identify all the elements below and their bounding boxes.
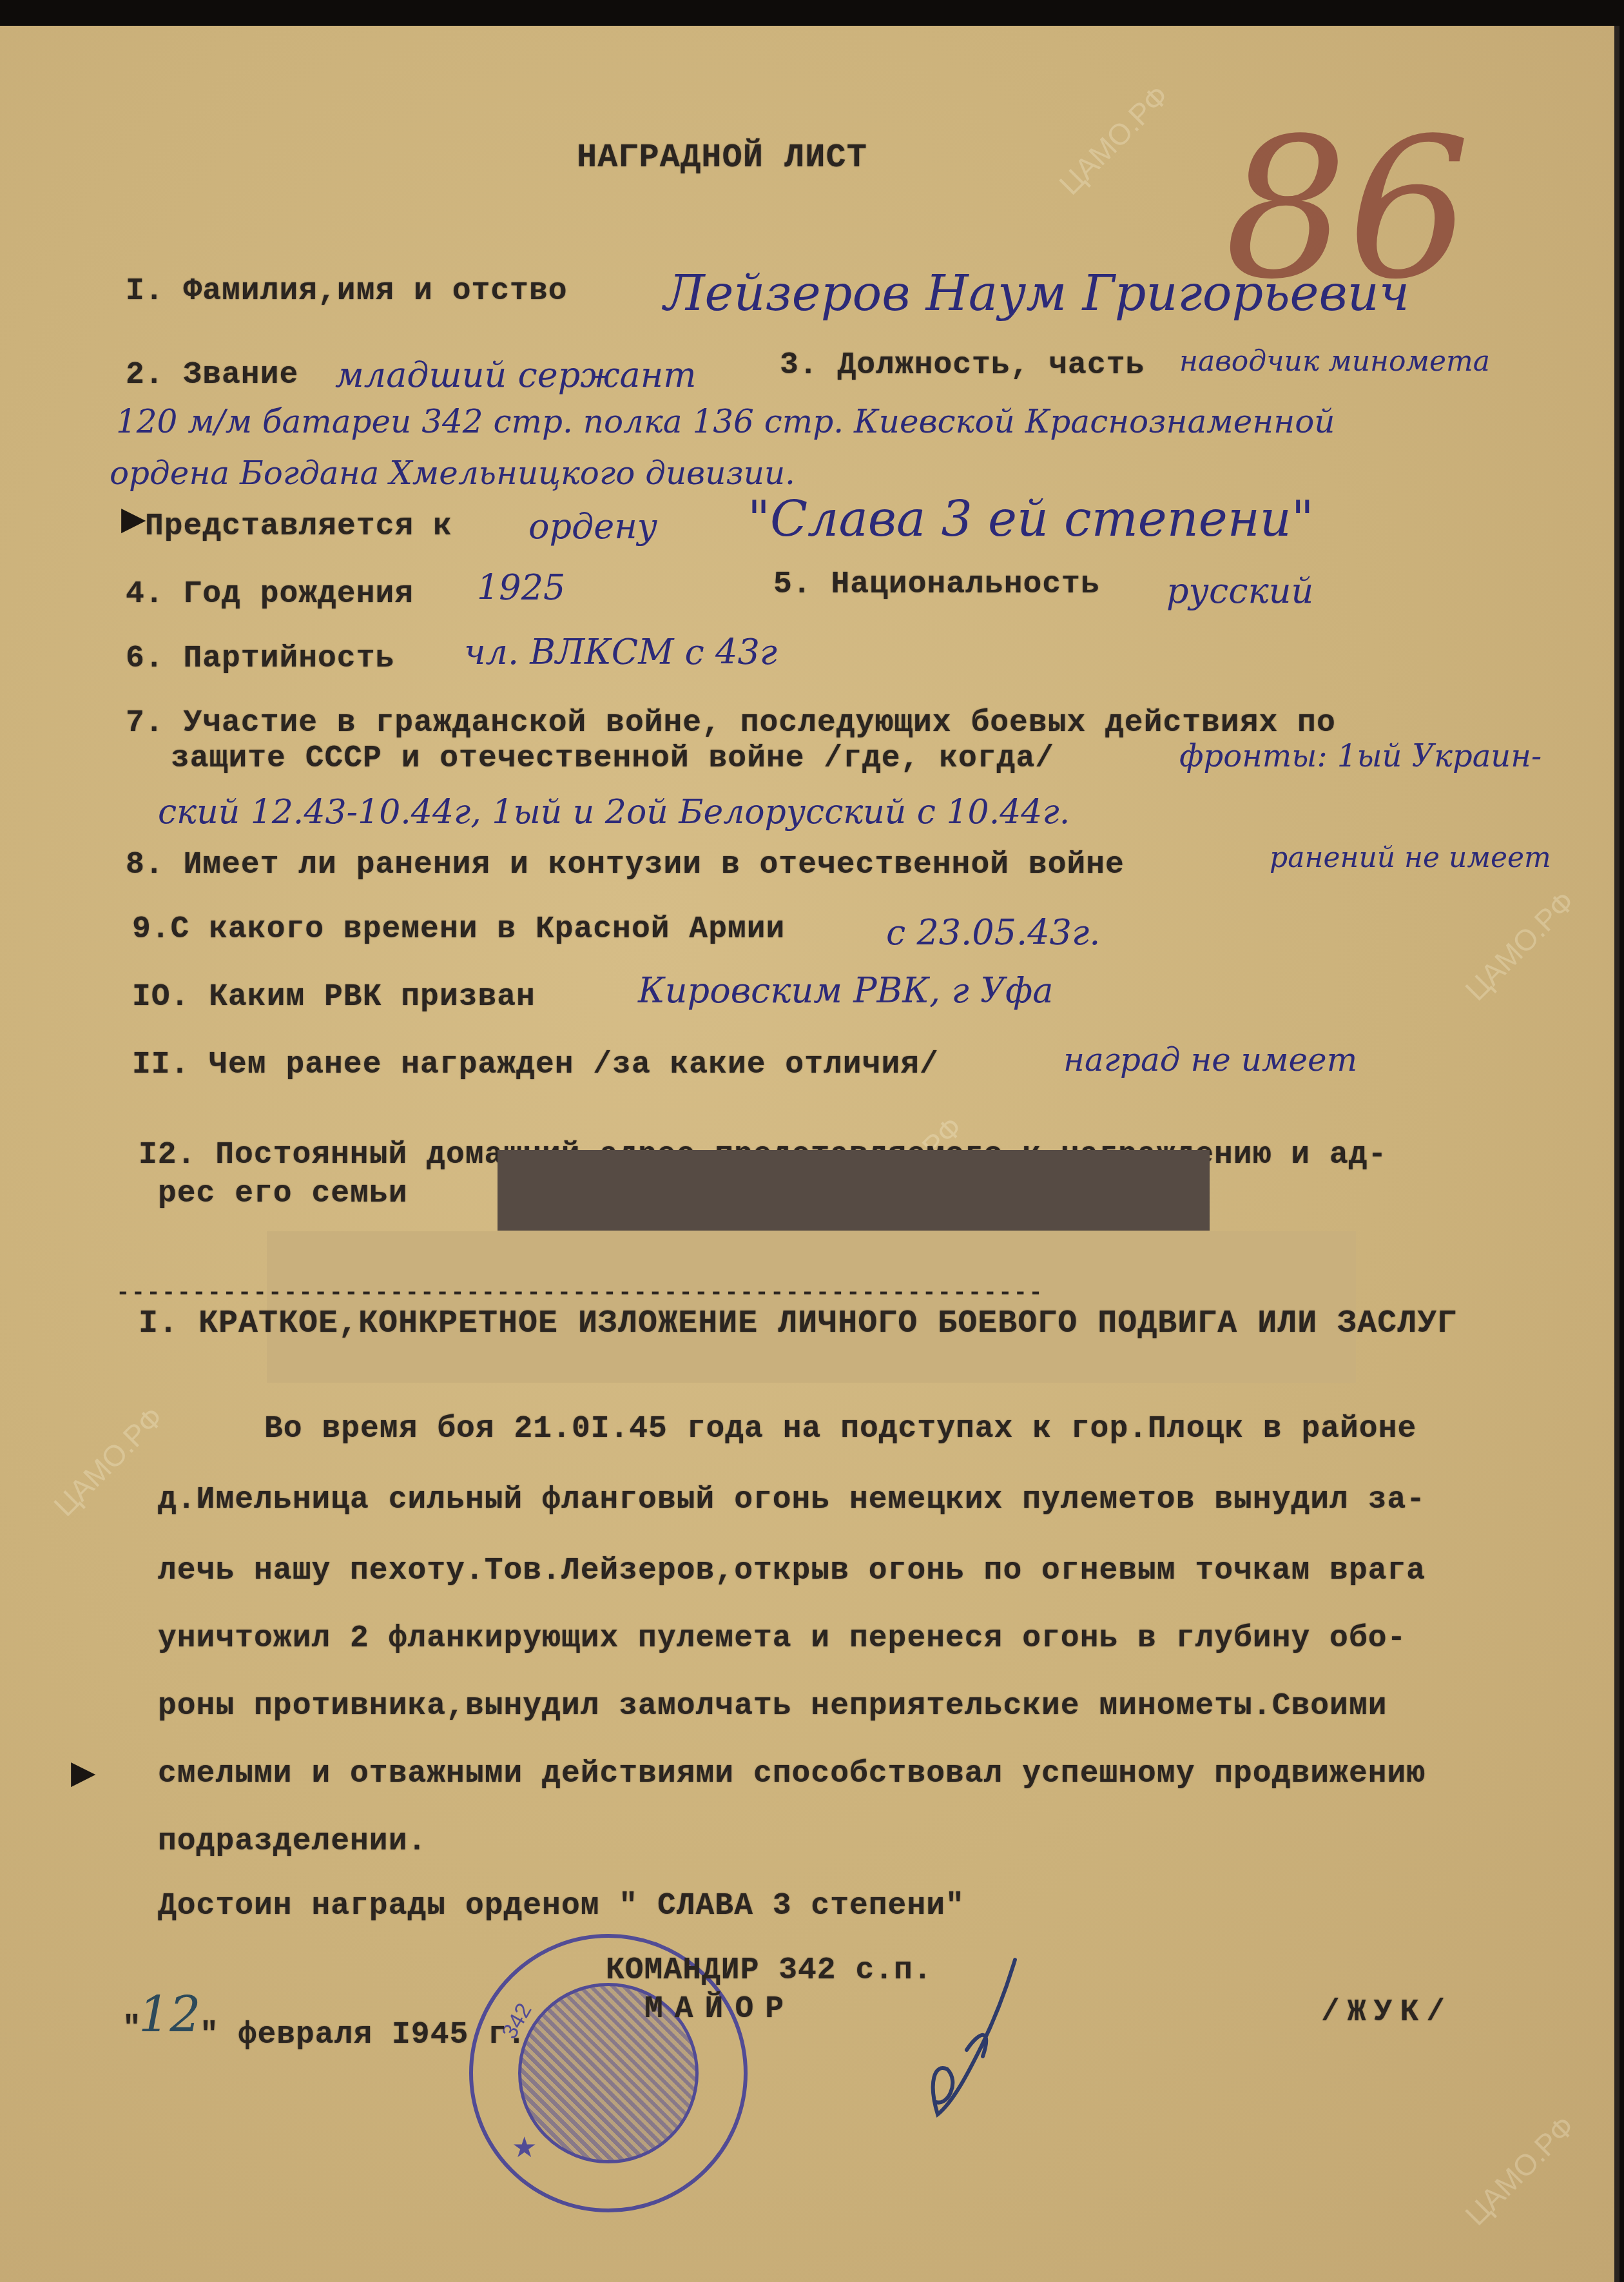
signer-name: /ЖУК/ [1321,1995,1453,2030]
field-wounds-value: ранений не имеет [1270,841,1551,874]
award-type: ордену [528,506,657,547]
field-birth-year-value: 1925 [477,567,565,608]
field-service-since-value: с 23.05.43г. [886,912,1100,953]
narrative-line: уничтожил 2 фланкирующих пулемета и пере… [158,1621,1406,1656]
watermark: ЦАМО.РФ [47,1399,170,1523]
narrative-line: Во время боя 21.0I.45 года на подступах … [264,1412,1416,1447]
field-draft-office-label: IO. Каким РВК призван [132,980,536,1015]
handwritten-signature [909,1953,1038,2121]
field-participation-label-2: защите СССР и отечественной войне /где, … [171,741,1054,776]
section-heading: I. КРАТКОЕ,КОНКРЕТНОЕ ИЗЛОЖЕНИЕ ЛИЧНОГО … [139,1305,1457,1342]
date-month-year: " февраля I945 г. [200,2018,527,2053]
star-icon: ★ [512,2131,537,2164]
award-label: Представляется к [145,509,452,544]
conclusion: Достоин награды орденом " СЛАВА 3 степен… [158,1889,965,1924]
field-rank-value: младший сержант [335,355,697,395]
watermark: ЦАМО.РФ [1458,884,1581,1007]
field-prior-awards-value: наград не имеет [1063,1041,1357,1078]
field-rank-label: 2. Звание [126,358,298,393]
signer-title: КОМАНДИР 342 с.п. [606,1953,933,1988]
narrative-line: роны противника,вынудил замолчать неприя… [158,1689,1387,1724]
field-party-value: чл. ВЛКСМ с 43г [464,632,777,672]
margin-arrow-icon: ▶ [121,500,146,537]
award-name: "Слава 3 ей степени" [748,490,1314,547]
field-name-value: Лейзеров Наум Григорьевич [664,264,1409,322]
field-birth-year-label: 4. Год рождения [126,577,414,612]
field-address-label-2: рес его семьи [158,1176,407,1211]
watermark: ЦАМО.РФ [1458,2109,1581,2232]
document-title: НАГРАДНОЙ ЛИСТ [577,139,867,177]
award-sheet-page: ЦАМО.РФ ЦАМО.РФ ЦАМО.РФ ЦАМО.РФ ЦАМО.РФ … [0,26,1619,2282]
field-draft-office-value: Кировским РВК, г Уфа [638,970,1053,1011]
narrative-line: лечь нашу пехоту.Тов.Лейзеров,открыв ого… [158,1554,1426,1588]
narrative-line: смелыми и отважными действиями способств… [158,1757,1426,1791]
field-nationality-label: 5. Национальность [773,567,1100,602]
field-participation-label-1: 7. Участие в гражданской войне, последую… [126,706,1336,741]
separator-line: ‐‐‐‐‐‐‐‐‐‐‐‐‐‐‐‐‐‐‐‐‐‐‐‐‐‐‐‐‐‐‐‐‐‐‐‐‐‐‐‐… [116,1280,1044,1306]
field-nationality-value: русский [1166,570,1313,611]
address-redaction [498,1150,1210,1231]
narrative-line: д.Имельница сильный фланговый огонь неме… [158,1483,1426,1517]
field-party-label: 6. Партийность [126,641,394,676]
margin-arrow-icon: ▶ [71,1753,95,1791]
field-position-value-1: наводчик миномета [1179,345,1490,378]
field-position-label: 3. Должность, часть [780,348,1145,383]
field-service-since-label: 9.С какого времени в Красной Армии [132,912,785,947]
field-participation-value-2: ский 12.43-10.44г, 1ый и 2ой Белорусский… [158,793,1070,832]
field-position-value-3: ордена Богдана Хмельницкого дивизии. [110,454,795,492]
field-position-value-2: 120 м/м батареи 342 стр. полка 136 стр. … [116,403,1335,440]
field-name-label: I. Фамилия,имя и отство [126,274,568,309]
field-participation-value-1: фронты: 1ый Украин- [1179,738,1542,774]
field-wounds-label: 8. Имеет ли ранения и контузии в отечест… [126,848,1125,883]
field-prior-awards-label: II. Чем ранее награжден /за какие отличи… [132,1048,939,1082]
narrative-line: подразделении. [158,1824,427,1859]
signer-rank: МАЙОР [644,1992,795,2027]
watermark: ЦАМО.РФ [1052,78,1175,201]
date-day: 12 [139,1985,201,2043]
